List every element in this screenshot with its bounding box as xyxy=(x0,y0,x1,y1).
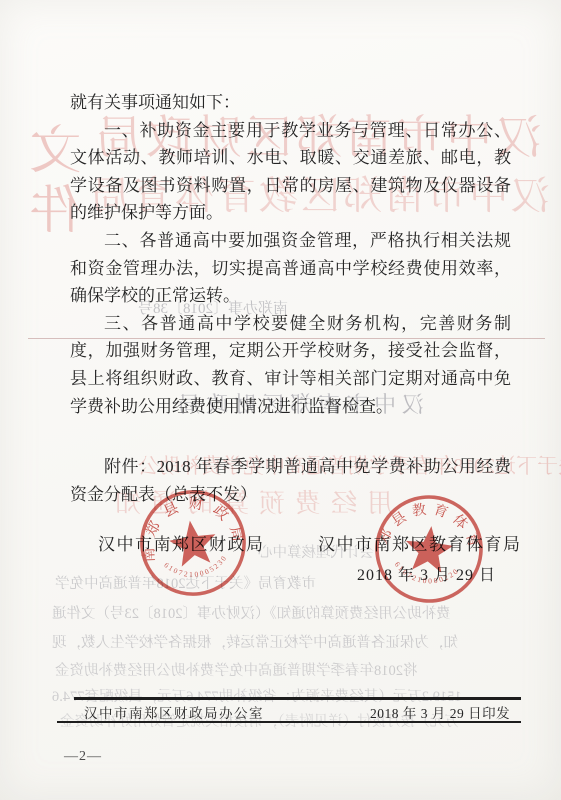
footer-top-rule xyxy=(74,697,521,700)
seal-star-icon xyxy=(167,517,220,567)
intro-line: 就有关事项通知如下： xyxy=(70,89,511,117)
footer-bottom-rule xyxy=(57,721,521,723)
paragraph-2: 二、各普通高中要加强资金管理，严格执行相关法规和资金管理办法，切实提高普通高中学… xyxy=(70,227,511,310)
seal-graphic: 南郑县教育体育局 6107210000220 xyxy=(365,485,492,612)
bleed-body-line: 费补助公用经费预算的通知》（汉财办事〔2018〕23号）文件通 xyxy=(52,602,451,623)
education-bureau-seal: 南郑县教育体育局 6107210000220 xyxy=(365,485,492,612)
scanned-document-page: 文件 汉中市南郑区财政局 汉中市南郑区教育体育局 南郑办事〔2018〕38号 汉… xyxy=(0,0,561,800)
bleed-body-line: 知，为保证各普通高中学校正常运转，根据各学校学生人数，现 xyxy=(52,631,458,652)
finance-bureau-seal: 南郑县财政局 6107210005230 xyxy=(129,479,258,608)
page-number: —2— xyxy=(64,749,102,765)
seal-star-icon xyxy=(403,524,455,574)
bleed-body-line: 将2018年春季学期普通高中免学费补助公用经费补助资金 xyxy=(55,659,418,680)
document-body: 就有关事项通知如下： 一、补助资金主要用于教学业务与管理、日常办公、文体活动、教… xyxy=(70,89,511,508)
paragraph-3: 三、各普通高中学校要健全财务机构，完善财务制度，加强财务管理，定期公开学校财务，… xyxy=(70,310,511,420)
paragraph-1: 一、补助资金主要用于教学业务与管理、日常办公、文体活动、教师培训、水电、取暖、交… xyxy=(70,117,511,227)
seal-code-text: 6107210005230 xyxy=(162,552,232,583)
seal-graphic: 南郑县财政局 6107210005230 xyxy=(129,479,258,608)
footer-office: 汉中市南郑区财政局办公室 xyxy=(84,702,264,722)
footer-print-date: 2018 年 3 月 29 日印发 xyxy=(370,702,510,722)
scan-fold-line xyxy=(28,338,545,339)
seal-code-text: 6107210000220 xyxy=(391,559,462,588)
